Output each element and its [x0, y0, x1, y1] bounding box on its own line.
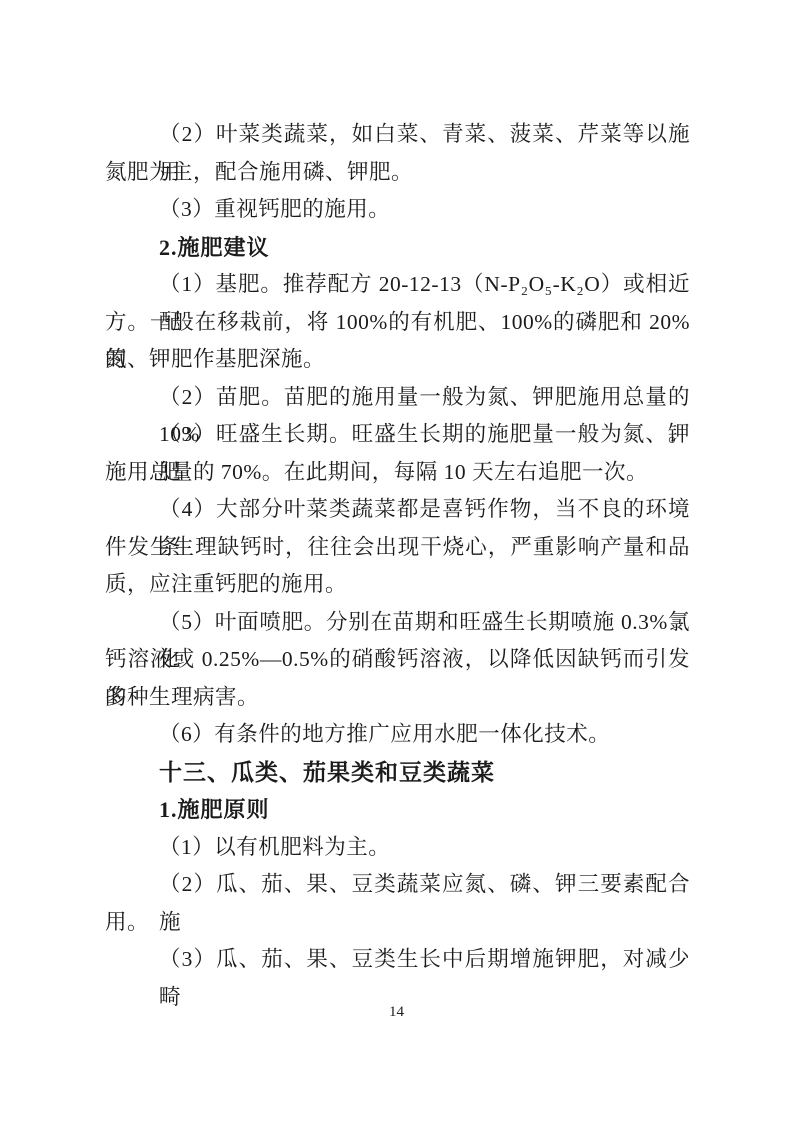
page-number: 14 — [0, 1002, 793, 1022]
paragraph-line: （1）基肥。推荐配方 20-12-13（N-P₂O₅-K₂O）或相近配 — [105, 266, 690, 304]
paragraph-line: （2）叶菜类蔬菜，如白菜、青菜、菠菜、芹菜等以施用 — [105, 116, 690, 154]
paragraph-line: 氮、钾肥作基肥深施。 — [105, 341, 690, 379]
paragraph-line: （3）重视钙肥的施用。 — [105, 191, 690, 229]
section-heading: 十三、瓜类、茄果类和豆类蔬菜 — [105, 754, 690, 792]
paragraph-line: （2）苗肥。苗肥的施用量一般为氮、钾肥施用总量的 10%。 — [105, 379, 690, 417]
paragraph-line: 多种生理病害。 — [105, 679, 690, 717]
paragraph-line: 氮肥为主，配合施用磷、钾肥。 — [105, 154, 690, 192]
paragraph-line: 施用总量的 70%。在此期间，每隔 10 天左右追肥一次。 — [105, 454, 690, 492]
paragraph-line: 质，应注重钙肥的施用。 — [105, 566, 690, 604]
paragraph-line: （6）有条件的地方推广应用水肥一体化技术。 — [105, 716, 690, 754]
subsection-heading: 2.施肥建议 — [105, 229, 690, 267]
paragraph-line: 件发生生理缺钙时，往往会出现干烧心，严重影响产量和品 — [105, 529, 690, 567]
paragraph-line: 用。 — [105, 904, 690, 942]
paragraph-line: 方。一般在移栽前，将 100%的有机肥、100%的磷肥和 20%的 — [105, 304, 690, 342]
paragraph-line: （5）叶面喷肥。分别在苗期和旺盛生长期喷施 0.3%氯化 — [105, 604, 690, 642]
paragraph-line: （2）瓜、茄、果、豆类蔬菜应氮、磷、钾三要素配合施 — [105, 866, 690, 904]
document-page: （2）叶菜类蔬菜，如白菜、青菜、菠菜、芹菜等以施用 氮肥为主，配合施用磷、钾肥。… — [0, 0, 793, 1122]
paragraph-line: （4）大部分叶菜类蔬菜都是喜钙作物，当不良的环境条 — [105, 491, 690, 529]
page-body-text: （2）叶菜类蔬菜，如白菜、青菜、菠菜、芹菜等以施用 氮肥为主，配合施用磷、钾肥。… — [105, 116, 690, 979]
paragraph-line: （3）旺盛生长期。旺盛生长期的施肥量一般为氮、钾肥 — [105, 416, 690, 454]
paragraph-line: 钙溶液或 0.25%—0.5%的硝酸钙溶液，以降低因缺钙而引发的 — [105, 641, 690, 679]
paragraph-line: （3）瓜、茄、果、豆类生长中后期增施钾肥，对减少畸 — [105, 941, 690, 979]
paragraph-line: （1）以有机肥料为主。 — [105, 829, 690, 867]
subsection-heading: 1.施肥原则 — [105, 791, 690, 829]
